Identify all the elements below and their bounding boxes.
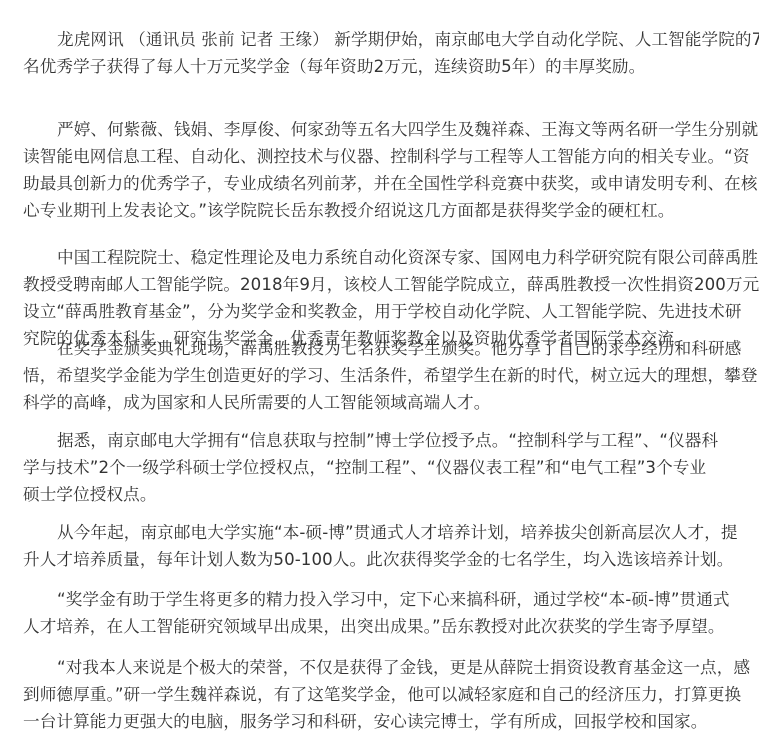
article-paragraph: “奖学金有助于学生将更多的精力投入学习中，定下心来搞科研，通过学校“本-硕-博”… bbox=[23, 586, 743, 640]
paragraph-line: 人才培养，在人工智能研究领域早出成果，出突出成果。”岳东教授对此次获奖的学生寄予… bbox=[23, 613, 743, 640]
news-article: 龙虎网讯 （通讯员 张前 记者 王缘） 新学期伊始，南京邮电大学自动化学院、人工… bbox=[0, 0, 759, 748]
paragraph-line: 从今年起，南京邮电大学实施“本-硕-博”贯通式人才培养计划，培养拔尖创新高层次人… bbox=[23, 519, 743, 546]
paragraph-line: 龙虎网讯 （通讯员 张前 记者 王缘） 新学期伊始，南京邮电大学自动化学院、人工… bbox=[23, 26, 743, 53]
paragraph-line: 升人才培养质量，每年计划人数为50-100人。此次获得奖学金的七名学生，均入选该… bbox=[23, 546, 743, 573]
article-paragraph: 在奖学金颁奖典礼现场，薛禹胜教授为七名获奖学生颁奖。他分享了自己的求学经历和科研… bbox=[23, 335, 743, 416]
paragraph-line: “奖学金有助于学生将更多的精力投入学习中，定下心来搞科研，通过学校“本-硕-博”… bbox=[23, 586, 743, 613]
article-paragraph: 严婷、何紫薇、钱娟、李厚俊、何家劲等五名大四学生及魏祥森、王海文等两名研一学生分… bbox=[23, 116, 743, 224]
article-paragraph: 据悉，南京邮电大学拥有“信息获取与控制”博士学位授予点。“控制科学与工程”、“仪… bbox=[23, 427, 743, 508]
paragraph-line: 据悉，南京邮电大学拥有“信息获取与控制”博士学位授予点。“控制科学与工程”、“仪… bbox=[23, 427, 743, 454]
paragraph-line: 到师德厚重。”研一学生魏祥森说，有了这笔奖学金，他可以减轻家庭和自己的经济压力，… bbox=[23, 681, 743, 708]
paragraph-line: 读智能电网信息工程、自动化、测控技术与仪器、控制科学与工程等人工智能方向的相关专… bbox=[23, 143, 743, 170]
paragraph-line: 教授受聘南邮人工智能学院。2018年9月，该校人工智能学院成立，薛禹胜教授一次性… bbox=[23, 271, 743, 298]
paragraph-line: 心专业期刊上发表论文。”该学院院长岳东教授介绍说这几方面都是获得奖学金的硬杠杠。 bbox=[23, 197, 743, 224]
paragraph-line: 学与技术”2个一级学科硕士学位授权点，“控制工程”、“仪器仪表工程”和“电气工程… bbox=[23, 454, 743, 481]
paragraph-line: 助最具创新力的优秀学子，专业成绩名列前茅，并在全国性学科竞赛中获奖，或申请发明专… bbox=[23, 170, 743, 197]
paragraph-line: 设立“薛禹胜教育基金”，分为奖学金和奖教金，用于学校自动化学院、人工智能学院、先… bbox=[23, 298, 743, 325]
paragraph-line: 在奖学金颁奖典礼现场，薛禹胜教授为七名获奖学生颁奖。他分享了自己的求学经历和科研… bbox=[23, 335, 743, 362]
paragraph-line: 一台计算能力更强大的电脑，服务学习和科研，安心读完博士，学有所成，回报学校和国家… bbox=[23, 708, 743, 735]
article-paragraph: 从今年起，南京邮电大学实施“本-硕-博”贯通式人才培养计划，培养拔尖创新高层次人… bbox=[23, 519, 743, 573]
paragraph-line: “对我本人来说是个极大的荣誉，不仅是获得了金钱，更是从薛院士捐资设教育基金这一点… bbox=[23, 654, 743, 681]
paragraph-line: 严婷、何紫薇、钱娟、李厚俊、何家劲等五名大四学生及魏祥森、王海文等两名研一学生分… bbox=[23, 116, 743, 143]
paragraph-line: 硕士学位授权点。 bbox=[23, 481, 743, 508]
paragraph-line: 科学的高峰，成为国家和人民所需要的人工智能领域高端人才。 bbox=[23, 389, 743, 416]
article-paragraph: 龙虎网讯 （通讯员 张前 记者 王缘） 新学期伊始，南京邮电大学自动化学院、人工… bbox=[23, 26, 743, 80]
paragraph-line: 名优秀学子获得了每人十万元奖学金（每年资助2万元，连续资助5年）的丰厚奖励。 bbox=[23, 53, 743, 80]
paragraph-line: 悟，希望奖学金能为学生创造更好的学习、生活条件，希望学生在新的时代，树立远大的理… bbox=[23, 362, 743, 389]
article-paragraph: “对我本人来说是个极大的荣誉，不仅是获得了金钱，更是从薛院士捐资设教育基金这一点… bbox=[23, 654, 743, 735]
paragraph-line: 中国工程院院士、稳定性理论及电力系统自动化资深专家、国网电力科学研究院有限公司薛… bbox=[23, 244, 743, 271]
